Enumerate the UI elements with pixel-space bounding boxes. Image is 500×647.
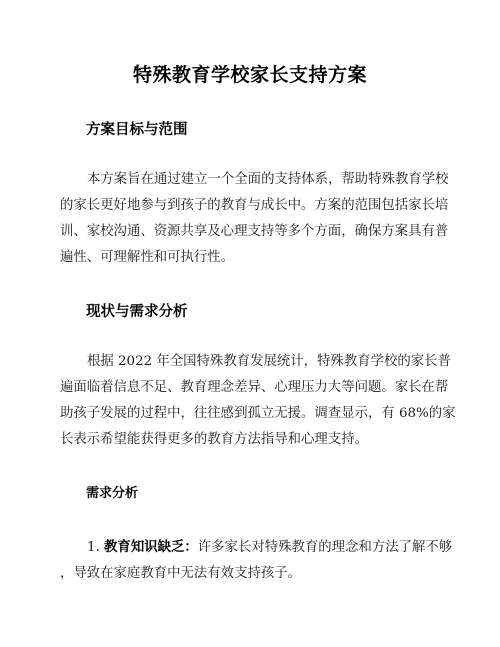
paragraph-line: 遍性、可理解性和可执行性。 xyxy=(60,245,450,271)
paragraph-line: 长表示希望能获得更多的教育方法指导和心理支持。 xyxy=(60,427,450,453)
paragraph-line: 本方案旨在通过建立一个全面的支持体系，帮助特殊教育学校 xyxy=(60,167,450,193)
list-item-line: ，导致在家庭教育中无法有效支持孩子。 xyxy=(60,561,460,587)
list-item-term: 教育知识缺乏： xyxy=(104,540,198,555)
list-item-text: 许多家长对特殊教育的理念和方法了解不够 xyxy=(198,540,452,555)
section-heading-status-needs: 现状与需求分析 xyxy=(86,301,188,323)
list-number: 1. xyxy=(87,540,104,555)
section-heading-goals-scope: 方案目标与范围 xyxy=(86,119,188,141)
paragraph-line: 训、家校沟通、资源共享及心理支持等多个方面，确保方案具有普 xyxy=(60,219,450,245)
paragraph-goals-scope: 本方案旨在通过建立一个全面的支持体系，帮助特殊教育学校 的家长更好地参与到孩子的… xyxy=(60,167,450,271)
paragraph-line: 遍面临着信息不足、教育理念差异、心理压力大等问题。家长在帮 xyxy=(60,375,450,401)
paragraph-status-needs: 根据 2022 年全国特殊教育发展统计，特殊教育学校的家长普 遍面临着信息不足、… xyxy=(60,349,450,453)
document-title: 特殊教育学校家长支持方案 xyxy=(0,60,500,90)
list-item-education-knowledge: 1. 教育知识缺乏：许多家长对特殊教育的理念和方法了解不够 ，导致在家庭教育中无… xyxy=(60,535,460,587)
paragraph-line: 根据 2022 年全国特殊教育发展统计，特殊教育学校的家长普 xyxy=(60,349,450,375)
document-page: 特殊教育学校家长支持方案 方案目标与范围 本方案旨在通过建立一个全面的支持体系，… xyxy=(0,0,500,647)
paragraph-line: 的家长更好地参与到孩子的教育与成长中。方案的范围包括家长培 xyxy=(60,193,450,219)
list-item-line: 1. 教育知识缺乏：许多家长对特殊教育的理念和方法了解不够 xyxy=(60,535,460,561)
paragraph-line: 助孩子发展的过程中，往往感到孤立无援。调查显示，有 68%的家 xyxy=(60,401,450,427)
subsection-heading-needs-analysis: 需求分析 xyxy=(86,484,138,504)
